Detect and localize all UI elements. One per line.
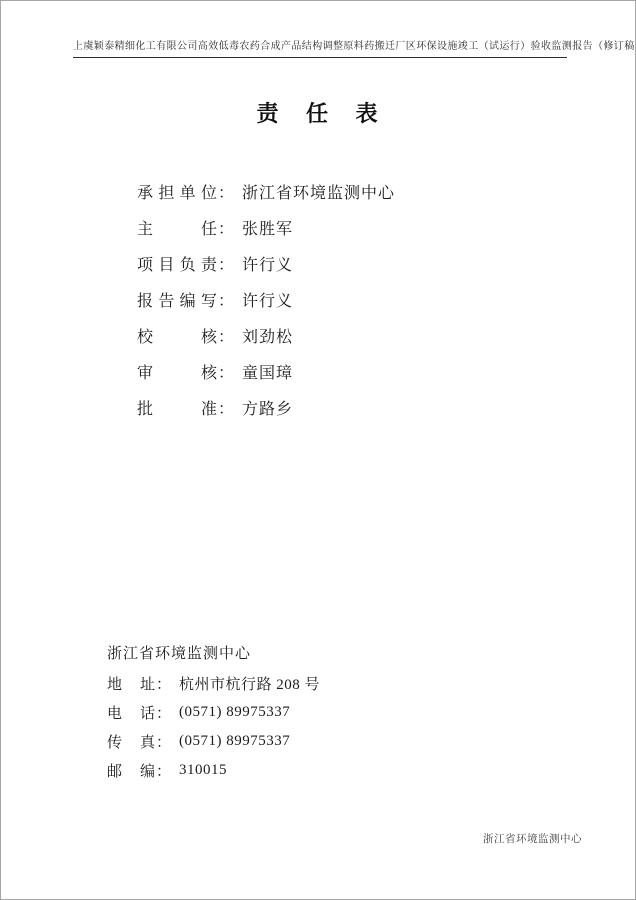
label-colon: ： — [156, 673, 171, 694]
label-char: 真 — [140, 731, 155, 752]
label-char: 编 — [140, 760, 155, 781]
label-char: 邮 — [107, 760, 122, 781]
responsibility-row: 主任：张胜军 — [137, 209, 395, 245]
label-colon: ： — [218, 324, 234, 347]
contact-row: 邮编：310015 — [107, 756, 320, 785]
contact-value: (0571) 89975337 — [179, 733, 290, 750]
contact-row: 电话：(0571) 89975337 — [107, 698, 320, 727]
label-colon: ： — [218, 288, 234, 311]
page-title: 责 任 表 — [1, 97, 635, 128]
label-char: 传 — [107, 731, 122, 752]
responsibility-value: 刘劲松 — [242, 324, 293, 347]
label-colon: ： — [156, 731, 171, 752]
label-colon: ： — [156, 702, 171, 723]
responsibility-list: 承担单位：浙江省环境监测中心主任：张胜军项目负责：许行义报告编写：许行义校核：刘… — [137, 173, 395, 425]
responsibility-label: 审核 — [137, 360, 217, 383]
label-colon: ： — [218, 216, 234, 239]
label-char: 地 — [107, 673, 122, 694]
label-char: 校 — [137, 324, 153, 347]
responsibility-row: 承担单位：浙江省环境监测中心 — [137, 173, 395, 209]
contact-value: (0571) 89975337 — [179, 704, 290, 721]
label-colon: ： — [218, 252, 234, 275]
responsibility-label: 项目负责 — [137, 252, 217, 275]
label-colon: ： — [218, 396, 234, 419]
label-char: 负 — [180, 252, 196, 275]
label-char: 单 — [180, 180, 196, 203]
label-colon: ： — [218, 360, 234, 383]
contact-value: 310015 — [179, 762, 227, 779]
label-colon: ： — [156, 760, 171, 781]
page-footer: 浙江省环境监测中心 — [483, 831, 582, 846]
label-colon: ： — [218, 180, 234, 203]
responsibility-value: 许行义 — [242, 252, 293, 275]
label-char: 告 — [158, 288, 174, 311]
label-char: 审 — [137, 360, 153, 383]
responsibility-value: 浙江省环境监测中心 — [242, 180, 395, 203]
label-char: 报 — [137, 288, 153, 311]
responsibility-value: 童国璋 — [242, 360, 293, 383]
label-char: 核 — [201, 360, 217, 383]
responsibility-label: 报告编写 — [137, 288, 217, 311]
responsibility-value: 方路乡 — [242, 396, 293, 419]
contact-row: 地址：杭州市杭行路 208 号 — [107, 669, 320, 698]
page-header: 上虞颖泰精细化工有限公司高效低毒农药合成产品结构调整原料药搬迁厂区环保设施竣工（… — [73, 37, 567, 58]
responsibility-label: 主任 — [137, 216, 217, 239]
label-char: 批 — [137, 396, 153, 419]
label-char: 承 — [137, 180, 153, 203]
label-char: 责 — [201, 252, 217, 275]
responsibility-row: 报告编写：许行义 — [137, 281, 395, 317]
contact-block: 浙江省环境监测中心 地址：杭州市杭行路 208 号电话：(0571) 89975… — [107, 639, 320, 785]
responsibility-row: 批准：方路乡 — [137, 389, 395, 425]
label-char: 项 — [137, 252, 153, 275]
contact-label: 地址 — [107, 673, 155, 694]
label-char: 电 — [107, 702, 122, 723]
label-char: 准 — [201, 396, 217, 419]
label-char: 主 — [137, 216, 153, 239]
contact-label: 电话 — [107, 702, 155, 723]
label-char: 核 — [201, 324, 217, 347]
label-char: 担 — [158, 180, 174, 203]
label-char: 写 — [201, 288, 217, 311]
responsibility-label: 承担单位 — [137, 180, 217, 203]
responsibility-row: 审核：童国璋 — [137, 353, 395, 389]
label-char: 址 — [140, 673, 155, 694]
responsibility-label: 校核 — [137, 324, 217, 347]
running-header-title: 上虞颖泰精细化工有限公司高效低毒农药合成产品结构调整原料药搬迁厂区环保设施竣工（… — [73, 37, 567, 52]
responsibility-row: 项目负责：许行义 — [137, 245, 395, 281]
contact-organization: 浙江省环境监测中心 — [107, 639, 320, 669]
label-char: 话 — [140, 702, 155, 723]
responsibility-label: 批准 — [137, 396, 217, 419]
responsibility-row: 校核：刘劲松 — [137, 317, 395, 353]
contact-label: 传真 — [107, 731, 155, 752]
document-page: 上虞颖泰精细化工有限公司高效低毒农药合成产品结构调整原料药搬迁厂区环保设施竣工（… — [0, 0, 636, 900]
contact-row: 传真：(0571) 89975337 — [107, 727, 320, 756]
responsibility-value: 许行义 — [242, 288, 293, 311]
label-char: 目 — [158, 252, 174, 275]
contact-list: 地址：杭州市杭行路 208 号电话：(0571) 89975337传真：(057… — [107, 669, 320, 785]
label-char: 编 — [180, 288, 196, 311]
contact-label: 邮编 — [107, 760, 155, 781]
contact-value: 杭州市杭行路 208 号 — [179, 673, 320, 694]
label-char: 任 — [201, 216, 217, 239]
responsibility-value: 张胜军 — [242, 216, 293, 239]
label-char: 位 — [201, 180, 217, 203]
